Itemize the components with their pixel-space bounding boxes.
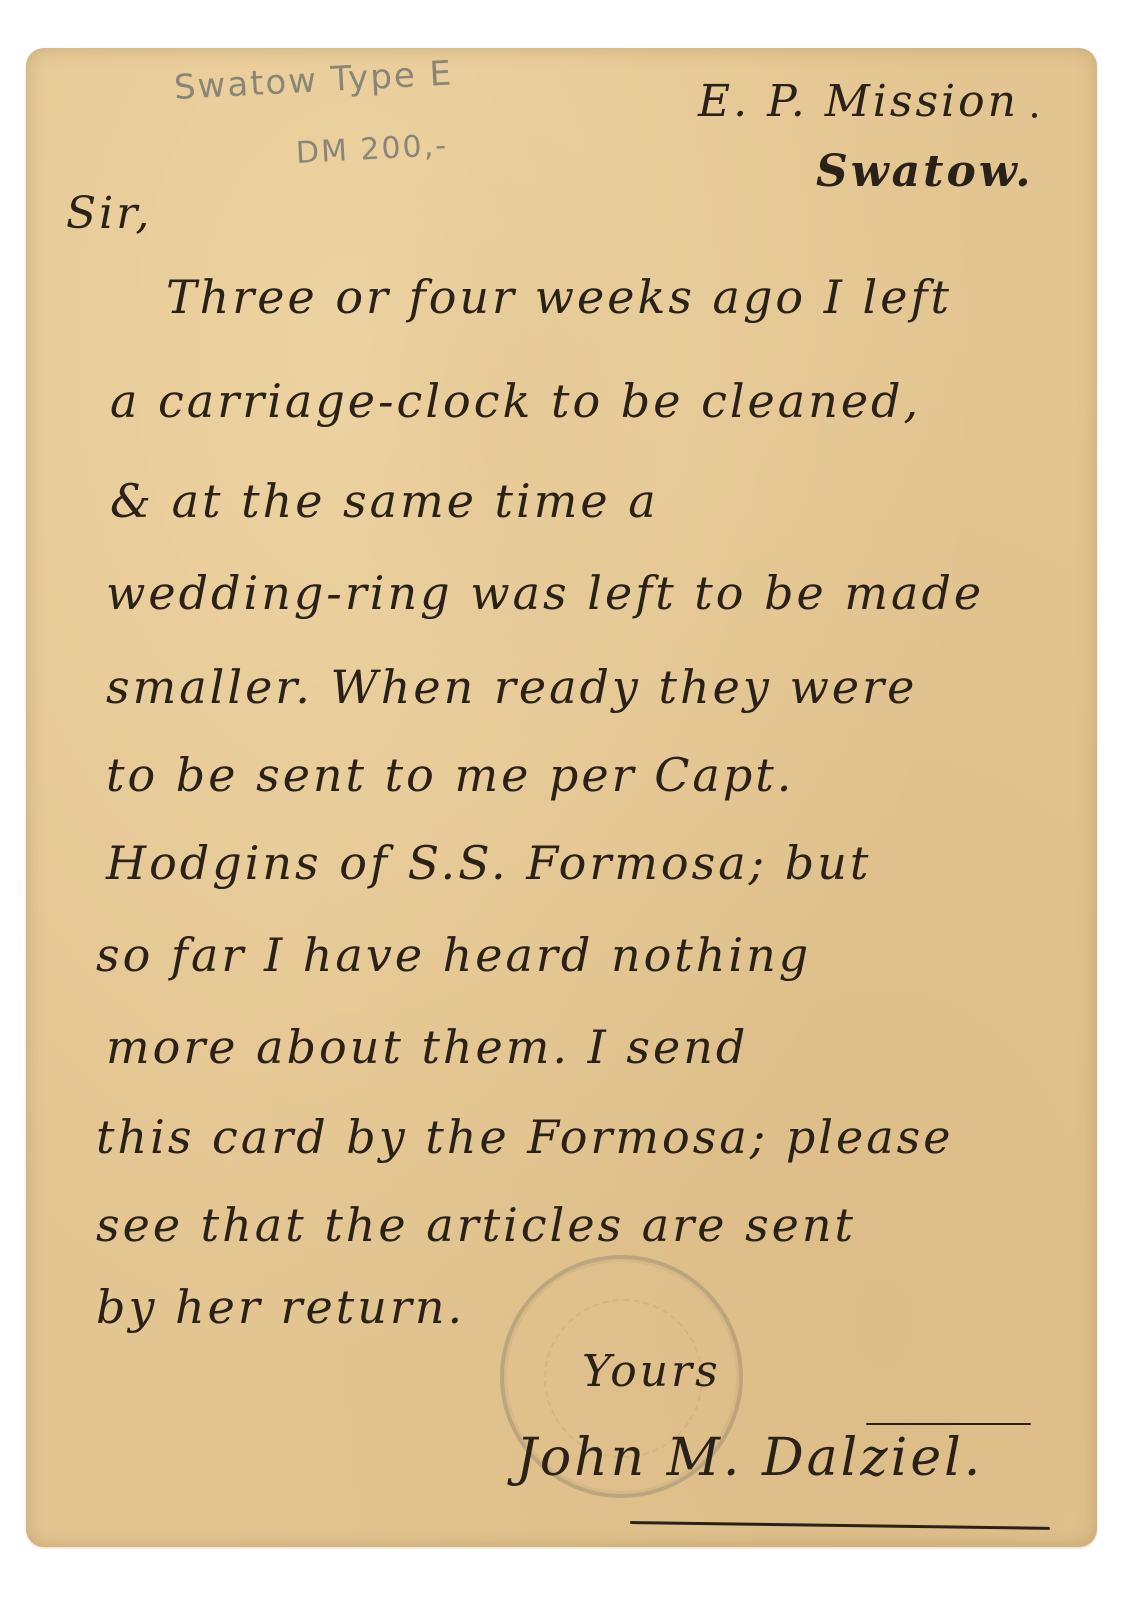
closing: Yours: [582, 1346, 721, 1397]
pencil-note-price: DM 200,-: [295, 128, 449, 171]
ink-speck: [1032, 113, 1037, 118]
body-line: more about them. I send: [106, 1020, 748, 1074]
body-line: so far I have heard nothing: [96, 928, 811, 982]
body-line: this card by the Formosa; please: [96, 1110, 954, 1164]
body-line: Three or four weeks ago I left: [166, 270, 952, 324]
body-line: see that the articles are sent: [96, 1198, 856, 1252]
body-line: to be sent to me per Capt.: [106, 748, 794, 802]
body-line: Hodgins of S.S. Formosa; but: [106, 836, 871, 890]
postcard: Swatow Type E DM 200,- E. P. Mission Swa…: [26, 48, 1097, 1547]
signature-overline: [866, 1423, 1031, 1425]
body-line: wedding-ring was left to be made: [106, 566, 984, 620]
signature: John M. Dalziel.: [516, 1428, 983, 1488]
body-line: a carriage-clock to be cleaned,: [110, 374, 921, 428]
salutation: Sir,: [66, 188, 152, 239]
address-line-1: E. P. Mission: [698, 76, 1019, 127]
pencil-note-type: Swatow Type E: [173, 53, 454, 108]
body-line: & at the same time a: [110, 474, 659, 528]
body-line: smaller. When ready they were: [106, 660, 917, 714]
signature-underline: [630, 1521, 1050, 1530]
address-line-2: Swatow.: [816, 146, 1034, 197]
body-line: by her return.: [96, 1280, 465, 1334]
